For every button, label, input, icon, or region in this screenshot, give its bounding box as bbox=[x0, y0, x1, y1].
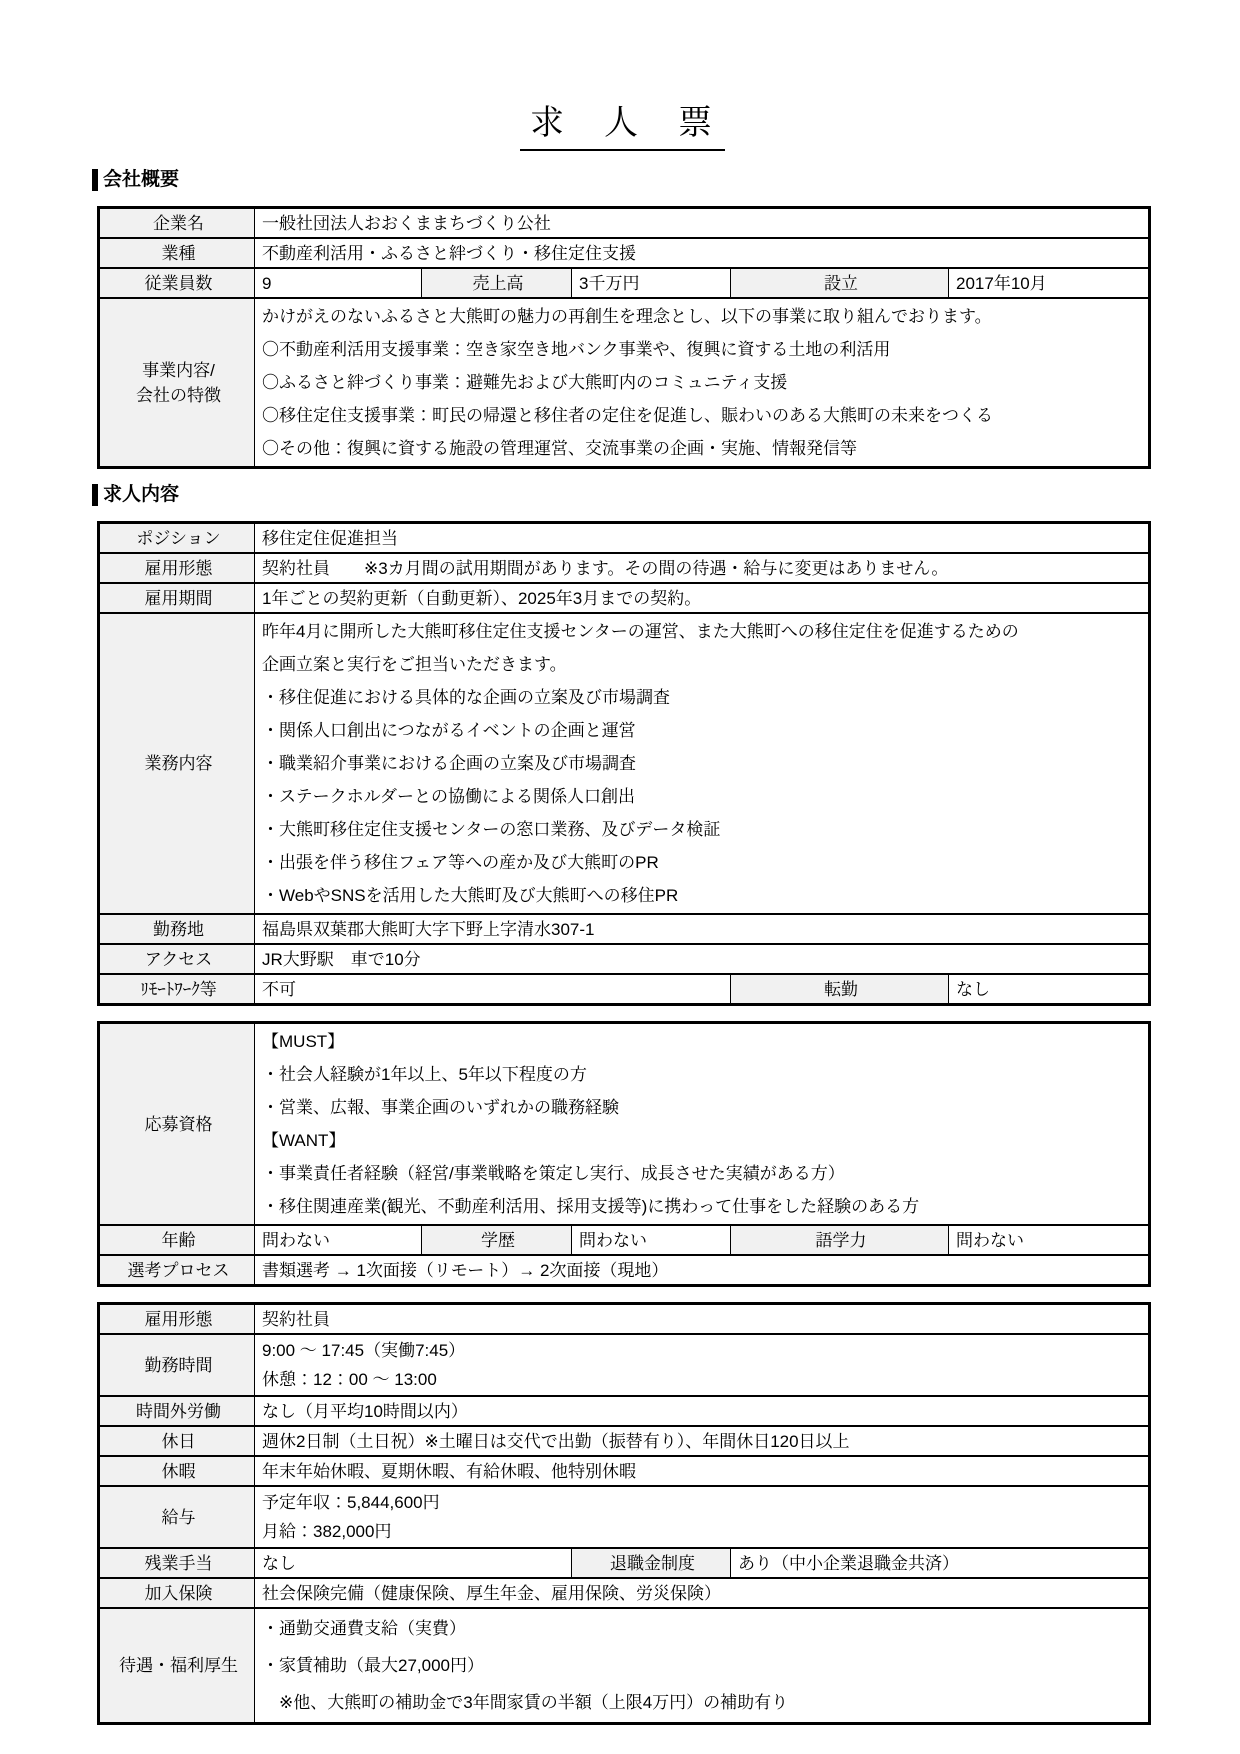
selection-process-value: 書類選考 → 1次面接（リモート）→ 2次面接（現地） bbox=[255, 1255, 1150, 1286]
text-line: ・通勤交通費支給（実費） bbox=[262, 1610, 1144, 1647]
vacation-value: 年末年始休暇、夏期休暇、有給休暇、他特別休暇 bbox=[255, 1456, 1150, 1486]
employees-value: 9 bbox=[255, 268, 422, 298]
employment-period-label: 雇用期間 bbox=[99, 583, 255, 613]
text-line: ・大熊町移住定住支援センターの窓口業務、及びデータ検証 bbox=[262, 813, 1144, 846]
employment-period-value: 1年ごとの契約更新（自動更新）、2025年3月までの契約。 bbox=[255, 583, 1150, 613]
benefits-value: ・通勤交通費支給（実費）・家賃補助（最大27,000円） ※他、大熊町の補助金で… bbox=[255, 1608, 1150, 1724]
transfer-value: なし bbox=[949, 974, 1150, 1005]
text-line: ・移住促進における具体的な企画の立案及び市場調査 bbox=[262, 681, 1144, 714]
text-line: ・職業紹介事業における企画の立案及び市場調査 bbox=[262, 747, 1144, 780]
text-line: 〇その他：復興に資する施設の管理運営、交流事業の企画・実施、情報発信等 bbox=[262, 432, 1144, 465]
access-label: アクセス bbox=[99, 944, 255, 974]
access-row: アクセス JR大野駅 車で10分 bbox=[99, 944, 1150, 974]
overtime-pay-value: なし bbox=[255, 1548, 572, 1578]
benefits-row: 待遇・福利厚生 ・通勤交通費支給（実費）・家賃補助（最大27,000円） ※他、… bbox=[99, 1608, 1150, 1724]
industry-value: 不動産利活用・ふるさと絆づくり・移住定住支援 bbox=[255, 238, 1150, 268]
overtime-value: なし（月平均10時間以内） bbox=[255, 1396, 1150, 1426]
text-line: 〇ふるさと絆づくり事業：避難先および大熊町内のコミュニティ支援 bbox=[262, 366, 1144, 399]
remote-work-value: 不可 bbox=[255, 974, 731, 1005]
working-hours-label: 勤務時間 bbox=[99, 1334, 255, 1396]
duties-row: 業務内容 昨年4月に開所した大熊町移住定住支援センターの運営、また大熊町への移住… bbox=[99, 613, 1150, 914]
text-line: 月給：382,000円 bbox=[262, 1517, 1144, 1546]
salary-label: 給与 bbox=[99, 1486, 255, 1548]
education-label: 学歴 bbox=[422, 1225, 572, 1255]
text-line: ・社会人経験が1年以上、5年以下程度の方 bbox=[262, 1058, 1144, 1091]
text-line: ・家賃補助（最大27,000円） bbox=[262, 1647, 1144, 1684]
overtime-pay-label: 残業手当 bbox=[99, 1548, 255, 1578]
requirements-table: 応募資格 【MUST】・社会人経験が1年以上、5年以下程度の方・営業、広報、事業… bbox=[97, 1021, 1151, 1287]
education-value: 問わない bbox=[572, 1225, 731, 1255]
qualifications-row: 応募資格 【MUST】・社会人経験が1年以上、5年以下程度の方・営業、広報、事業… bbox=[99, 1023, 1150, 1226]
employment-period-row: 雇用期間 1年ごとの契約更新（自動更新）、2025年3月までの契約。 bbox=[99, 583, 1150, 613]
insurance-value: 社会保険完備（健康保険、厚生年金、雇用保険、労災保険） bbox=[255, 1578, 1150, 1608]
text-line: 【WANT】 bbox=[262, 1124, 1144, 1157]
text-line: 【MUST】 bbox=[262, 1025, 1144, 1058]
employment-type-row: 雇用形態 契約社員 ※3カ月間の試用期間があります。その間の待遇・給与に変更はあ… bbox=[99, 553, 1150, 583]
text-line: 会社の特徴 bbox=[107, 383, 250, 408]
position-value: 移住定住促進担当 bbox=[255, 523, 1150, 554]
duties-value: 昨年4月に開所した大熊町移住定住支援センターの運営、また大熊町への移住定住を促進… bbox=[255, 613, 1150, 914]
text-line: かけがえのないふるさと大熊町の魅力の再創生を理念とし、以下の事業に取り組んでおり… bbox=[262, 300, 1144, 333]
text-line: ※他、大熊町の補助金で3年間家賃の半額（上限4万円）の補助有り bbox=[262, 1684, 1144, 1721]
text-line: 事業内容/ bbox=[107, 358, 250, 383]
company-name-row: 企業名 一般社団法人おおくままちづくり公社 bbox=[99, 208, 1150, 239]
retirement-label: 退職金制度 bbox=[572, 1548, 731, 1578]
text-line: ・WebやSNSを活用した大熊町及び大熊町への移住PR bbox=[262, 879, 1144, 912]
working-hours-row: 勤務時間 9:00 ～ 17:45（実働7:45）休憩：12：00 ～ 13:0… bbox=[99, 1334, 1150, 1396]
salary-row: 給与 予定年収：5,844,600円月給：382,000円 bbox=[99, 1486, 1150, 1548]
conditions-employment-type-label: 雇用形態 bbox=[99, 1304, 255, 1335]
text-line: 企画立案と実行をご担当いただきます。 bbox=[262, 648, 1144, 681]
conditions-employment-type-value: 契約社員 bbox=[255, 1304, 1150, 1335]
selection-process-label: 選考プロセス bbox=[99, 1255, 255, 1286]
holidays-row: 休日 週休2日制（土日祝）※土曜日は交代で出勤（振替有り）、年間休日120日以上 bbox=[99, 1426, 1150, 1456]
qualifications-value: 【MUST】・社会人経験が1年以上、5年以下程度の方・営業、広報、事業企画のいず… bbox=[255, 1023, 1150, 1226]
established-label: 設立 bbox=[731, 268, 949, 298]
working-hours-value: 9:00 ～ 17:45（実働7:45）休憩：12：00 ～ 13:00 bbox=[255, 1334, 1150, 1396]
industry-label: 業種 bbox=[99, 238, 255, 268]
transfer-label: 転勤 bbox=[731, 974, 949, 1005]
business-description-row: 事業内容/会社の特徴 かけがえのないふるさと大熊町の魅力の再創生を理念とし、以下… bbox=[99, 298, 1150, 468]
overtime-label: 時間外労働 bbox=[99, 1396, 255, 1426]
text-line: 9:00 ～ 17:45（実働7:45） bbox=[262, 1336, 1144, 1365]
position-row: ポジション 移住定住促進担当 bbox=[99, 523, 1150, 554]
section-header-company-overview: 会社概要 bbox=[92, 169, 1148, 191]
company-name-value: 一般社団法人おおくままちづくり公社 bbox=[255, 208, 1150, 239]
age-value: 問わない bbox=[255, 1225, 422, 1255]
location-row: 勤務地 福島県双葉郡大熊町大字下野上字清水307-1 bbox=[99, 914, 1150, 944]
text-line: 〇不動産利活用支援事業：空き家空き地バンク事業や、復興に資する土地の利活用 bbox=[262, 333, 1144, 366]
text-line: ・営業、広報、事業企画のいずれかの職務経験 bbox=[262, 1091, 1144, 1124]
text-line: ・関係人口創出につながるイベントの企画と運営 bbox=[262, 714, 1144, 747]
salary-value: 予定年収：5,844,600円月給：382,000円 bbox=[255, 1486, 1150, 1548]
access-value: JR大野駅 車で10分 bbox=[255, 944, 1150, 974]
job-posting-page: 求 人 票 会社概要 企業名 一般社団法人おおくままちづくり公社 業種 不動産利… bbox=[0, 0, 1240, 1754]
conditions-employment-type-row: 雇用形態 契約社員 bbox=[99, 1304, 1150, 1335]
text-line: 昨年4月に開所した大熊町移住定住支援センターの運営、また大熊町への移住定住を促進… bbox=[262, 615, 1144, 648]
company-overview-table: 企業名 一般社団法人おおくままちづくり公社 業種 不動産利活用・ふるさと絆づくり… bbox=[97, 206, 1151, 469]
text-line: 予定年収：5,844,600円 bbox=[262, 1488, 1144, 1517]
text-line: ・出張を伴う移住フェア等への産か及び大熊町のPR bbox=[262, 846, 1144, 879]
selection-process-row: 選考プロセス 書類選考 → 1次面接（リモート）→ 2次面接（現地） bbox=[99, 1255, 1150, 1286]
company-name-label: 企業名 bbox=[99, 208, 255, 239]
conditions-table: 雇用形態 契約社員 勤務時間 9:00 ～ 17:45（実働7:45）休憩：12… bbox=[97, 1302, 1151, 1725]
remote-work-row: ﾘﾓｰﾄﾜｰｸ等 不可 転勤 なし bbox=[99, 974, 1150, 1005]
page-title: 求 人 票 bbox=[97, 95, 1148, 151]
benefits-label: 待遇・福利厚生 bbox=[99, 1608, 255, 1724]
employees-label: 従業員数 bbox=[99, 268, 255, 298]
established-value: 2017年10月 bbox=[949, 268, 1150, 298]
insurance-label: 加入保険 bbox=[99, 1578, 255, 1608]
language-label: 語学力 bbox=[731, 1225, 949, 1255]
holidays-label: 休日 bbox=[99, 1426, 255, 1456]
qualifications-label: 応募資格 bbox=[99, 1023, 255, 1226]
language-value: 問わない bbox=[949, 1225, 1150, 1255]
section-header-job-details: 求人内容 bbox=[92, 484, 1148, 506]
text-line: 〇移住定住支援事業：町民の帰還と移住者の定住を促進し、賑わいのある大熊町の未来を… bbox=[262, 399, 1144, 432]
age-label: 年齢 bbox=[99, 1225, 255, 1255]
text-line: ・事業責任者経験（経営/事業戦略を策定し実行、成長させた実績がある方） bbox=[262, 1157, 1144, 1190]
page-title-text: 求 人 票 bbox=[520, 95, 725, 151]
section-header-company-overview-text: 会社概要 bbox=[92, 169, 179, 191]
job-details-table: ポジション 移住定住促進担当 雇用形態 契約社員 ※3カ月間の試用期間があります… bbox=[97, 521, 1151, 1006]
revenue-value: 3千万円 bbox=[572, 268, 731, 298]
age-education-language-row: 年齢 問わない 学歴 問わない 語学力 問わない bbox=[99, 1225, 1150, 1255]
insurance-row: 加入保険 社会保険完備（健康保険、厚生年金、雇用保険、労災保険） bbox=[99, 1578, 1150, 1608]
holidays-value: 週休2日制（土日祝）※土曜日は交代で出勤（振替有り）、年間休日120日以上 bbox=[255, 1426, 1150, 1456]
location-value: 福島県双葉郡大熊町大字下野上字清水307-1 bbox=[255, 914, 1150, 944]
industry-row: 業種 不動産利活用・ふるさと絆づくり・移住定住支援 bbox=[99, 238, 1150, 268]
business-description-label: 事業内容/会社の特徴 bbox=[99, 298, 255, 468]
revenue-label: 売上高 bbox=[422, 268, 572, 298]
remote-work-label: ﾘﾓｰﾄﾜｰｸ等 bbox=[99, 974, 255, 1005]
text-line: ・ステークホルダーとの協働による関係人口創出 bbox=[262, 780, 1144, 813]
overtime-pay-row: 残業手当 なし 退職金制度 あり（中小企業退職金共済） bbox=[99, 1548, 1150, 1578]
retirement-value: あり（中小企業退職金共済） bbox=[731, 1548, 1150, 1578]
text-line: 休憩：12：00 ～ 13:00 bbox=[262, 1365, 1144, 1394]
location-label: 勤務地 bbox=[99, 914, 255, 944]
vacation-label: 休暇 bbox=[99, 1456, 255, 1486]
employment-type-value: 契約社員 ※3カ月間の試用期間があります。その間の待遇・給与に変更はありません。 bbox=[255, 553, 1150, 583]
vacation-row: 休暇 年末年始休暇、夏期休暇、有給休暇、他特別休暇 bbox=[99, 1456, 1150, 1486]
text-line: ・移住関連産業(観光、不動産利活用、採用支援等)に携わって仕事をした経験のある方 bbox=[262, 1190, 1144, 1223]
business-description-value: かけがえのないふるさと大熊町の魅力の再創生を理念とし、以下の事業に取り組んでおり… bbox=[255, 298, 1150, 468]
company-stats-row: 従業員数 9 売上高 3千万円 設立 2017年10月 bbox=[99, 268, 1150, 298]
section-header-job-details-text: 求人内容 bbox=[92, 484, 179, 506]
duties-label: 業務内容 bbox=[99, 613, 255, 914]
position-label: ポジション bbox=[99, 523, 255, 554]
employment-type-label: 雇用形態 bbox=[99, 553, 255, 583]
overtime-row: 時間外労働 なし（月平均10時間以内） bbox=[99, 1396, 1150, 1426]
